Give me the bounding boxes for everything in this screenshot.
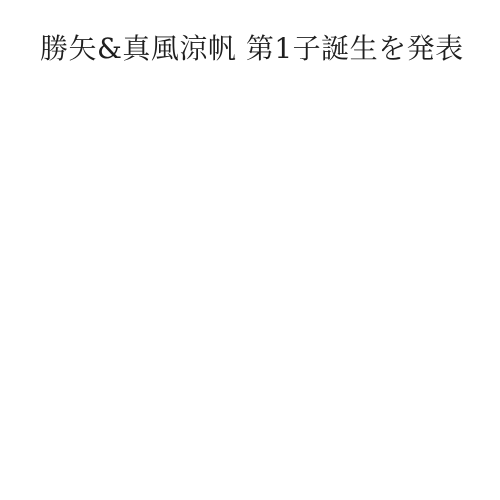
page: 勝矢&真風涼帆 第1子誕生を発表: [0, 0, 500, 500]
news-headline: 勝矢&真風涼帆 第1子誕生を発表: [40, 34, 464, 63]
